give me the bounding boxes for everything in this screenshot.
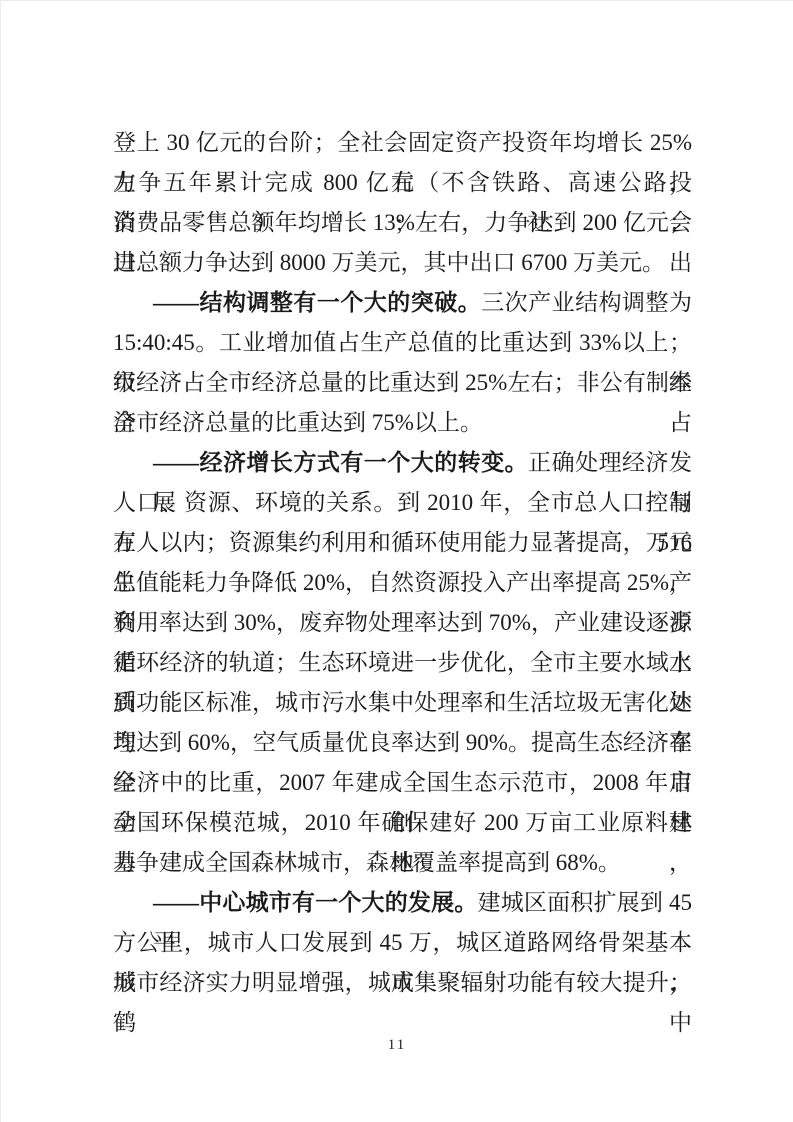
text-line: 万人以内；资源集约利用和循环使用能力显著提高，万元生产 xyxy=(113,523,692,563)
text-line: 力争五年累计完成 800 亿元（不含铁路、高速公路投资）; 社会 xyxy=(113,163,692,203)
text-line: 城市经济实力明显增强，城市集聚辐射功能有较大提升；鹤中 xyxy=(113,963,692,1003)
line-text: 全市经济总量的比重达到 75%以上。 xyxy=(113,410,483,435)
paragraph-lead-bold: ——结构调整有一个大的突破。 xyxy=(153,290,481,315)
text-line: 登上 30 亿元的台阶；全社会固定资产投资年均增长 25%左右， xyxy=(113,123,692,163)
page-number: 11 xyxy=(1,1037,793,1054)
paragraph-lead-bold: ——中心城市有一个大的发展。 xyxy=(153,890,478,915)
text-line: 到功能区标准，城市污水集中处理率和生活垃圾无害化处理率 xyxy=(113,683,692,723)
text-line: 方公里，城市人口发展到 45 万，城区道路网络骨架基本形成， xyxy=(113,923,692,963)
text-line: 全国环保模范城，2010 年确保建好 200 万亩工业原料林基地， xyxy=(113,803,692,843)
text-block: 登上 30 亿元的台阶；全社会固定资产投资年均增长 25%左右，力争五年累计完成… xyxy=(113,123,692,1003)
text-line: 15:40:45。工业增加值占生产总值的比重达到 33%以上；市本 xyxy=(113,323,692,363)
text-line: 均达到 60%，空气质量优良率达到 90%。提高生态经济在全市 xyxy=(113,723,692,763)
text-line: 总值能耗力争降低 20%，自然资源投入产出率提高 25%，资源 xyxy=(113,563,692,603)
text-line: 经济中的比重，2007 年建成全国生态示范市，2008 年启动创建 xyxy=(113,763,692,803)
text-line: 利用率达到 30%，废弃物处理率达到 70%，产业建设逐步走上 xyxy=(113,603,692,643)
text-line: 力争建成全国森林城市，森林覆盖率提高到 68%。 xyxy=(113,843,692,883)
paragraph-lead-bold: ——经济增长方式有一个大的转变。 xyxy=(153,450,528,475)
text-line: ——经济增长方式有一个大的转变。正确处理经济发展与 xyxy=(113,443,692,483)
paragraph: ——经济增长方式有一个大的转变。正确处理经济发展与人口、资源、环境的关系。到 2… xyxy=(113,443,692,883)
paragraph: ——中心城市有一个大的发展。建城区面积扩展到 45 平方公里，城市人口发展到 4… xyxy=(113,883,692,1003)
paragraph: 登上 30 亿元的台阶；全社会固定资产投资年均增长 25%左右，力争五年累计完成… xyxy=(113,123,692,283)
document-page: 登上 30 亿元的台阶；全社会固定资产投资年均增长 25%左右，力争五年累计完成… xyxy=(0,0,793,1122)
text-line: ——中心城市有一个大的发展。建城区面积扩展到 45 平 xyxy=(113,883,692,923)
line-text: 城市经济实力明显增强，城市集聚辐射功能有较大提升；鹤中 xyxy=(113,970,692,1035)
line-text: 三次产业结构调整为 xyxy=(481,290,692,315)
paragraph: ——结构调整有一个大的突破。三次产业结构调整为15:40:45。工业增加值占生产… xyxy=(113,283,692,443)
line-text: 口总额力争达到 8000 万美元，其中出口 6700 万美元。 xyxy=(113,250,665,275)
text-line: 循环经济的轨道；生态环境进一步优化，全市主要水域水质达 xyxy=(113,643,692,683)
text-line: 消费品零售总额年均增长 13%左右，力争达到 200 亿元；进出 xyxy=(113,203,692,243)
text-line: 口总额力争达到 8000 万美元，其中出口 6700 万美元。 xyxy=(113,243,692,283)
text-line: 级经济占全市经济总量的比重达到 25%左右；非公有制经济占 xyxy=(113,363,692,403)
text-line: 人口、资源、环境的关系。到 2010 年，全市总人口控制在 516 xyxy=(113,483,692,523)
text-line: ——结构调整有一个大的突破。三次产业结构调整为 xyxy=(113,283,692,323)
line-text: 力争建成全国森林城市，森林覆盖率提高到 68%。 xyxy=(113,850,621,875)
